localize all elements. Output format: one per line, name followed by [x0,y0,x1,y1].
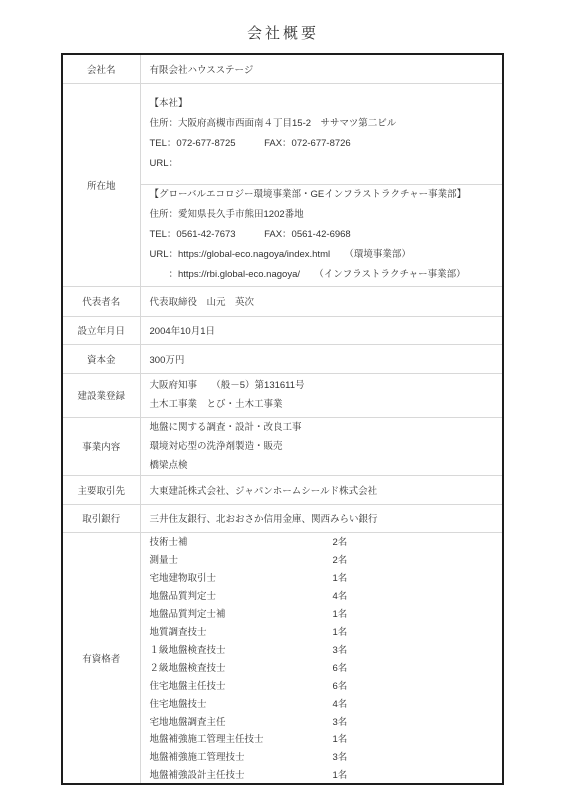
qualification-row: 地盤品質判定士補 1名 [150,604,503,622]
qualification-count: 3名 [333,642,348,656]
qualification-count: 1名 [333,624,348,638]
qualification-count: 6名 [333,678,348,692]
company-name-value: 有限会社ハウスステージ [140,54,503,83]
representative-value: 代表取締役 山元 英次 [140,286,503,316]
capital-label: 資本金 [62,344,140,373]
construction-registration-label: 建設業登録 [62,373,140,417]
qualification-name: 地盤補強施工管理主任技士 [150,731,333,745]
page-title: 会社概要 [0,22,566,43]
registration-number-line: 大阪府知事 （般－5）第131611号 [150,376,503,395]
company-overview-page: 会社概要 会社名 有限会社ハウスステージ 所在地 【本社】 住所：大阪府高槻市西… [0,0,566,800]
qualification-row: 地質調査技士 1名 [150,622,503,640]
qualification-count: 4名 [333,588,348,602]
main-clients-label: 主要取引先 [62,475,140,504]
banks-label: 取引銀行 [62,504,140,532]
head-office-url: URL： [150,154,503,174]
qualified-persons-label: 有資格者 [62,532,140,784]
company-name-label: 会社名 [62,54,140,83]
representative-label: 代表者名 [62,286,140,316]
qualification-count: 1名 [333,731,348,745]
business-line-detergent: 環境対応型の洗浄剤製造・販売 [150,437,503,456]
main-clients-value: 大東建託株式会社、ジャパンホームシールド株式会社 [140,475,503,504]
construction-registration-cell: 大阪府知事 （般－5）第131611号 土木工事業 とび・土木工事業 [140,373,503,417]
table-row-construction-registration: 建設業登録 大阪府知事 （般－5）第131611号 土木工事業 とび・土木工事業 [62,373,503,417]
qualification-count: 1名 [333,606,348,620]
business-cell: 地盤に関する調査・設計・改良工事 環境対応型の洗浄剤製造・販売 橋梁点検 [140,417,503,475]
established-value: 2004年10月1日 [140,316,503,344]
head-office-tel-fax: TEL：072-677-8725 FAX：072-677-8726 [150,134,503,154]
ge-division-tel-fax: TEL：0561-42-7673 FAX：0561-42-6968 [150,225,503,245]
table-row-location-head-office: 所在地 【本社】 住所：大阪府高槻市西面南４丁目15-2 ササマツ第二ビル TE… [62,83,503,184]
qualification-row: ２級地盤検査技士 6名 [150,658,503,676]
qualification-count: 1名 [333,767,348,781]
qualification-count: 2名 [333,534,348,548]
business-line-bridge: 橋梁点検 [150,456,503,475]
qualification-row: 住宅地盤主任技士 6名 [150,676,503,694]
qualification-name: 宅地地盤調査主任 [150,714,333,728]
table-row-qualified-persons: 有資格者 技術士補 2名 測量士 2名 宅地建物取引士 1名 [62,532,503,784]
qualification-row: １級地盤検査技士 3名 [150,640,503,658]
qualification-count: 6名 [333,660,348,674]
qualification-row: 住宅地盤技士 4名 [150,694,503,712]
qualification-name: 住宅地盤主任技士 [150,678,333,692]
business-label: 事業内容 [62,417,140,475]
qualification-count: 2名 [333,552,348,566]
table-row-company-name: 会社名 有限会社ハウスステージ [62,54,503,83]
location-label: 所在地 [62,83,140,286]
table-row-representative: 代表者名 代表取締役 山元 英次 [62,286,503,316]
banks-value: 三井住友銀行、北おおさか信用金庫、関西みらい銀行 [140,504,503,532]
ge-division-url-env: URL：https://global-eco.nagoya/index.html… [150,245,503,265]
qualification-row: 地盤補強施工管理技士 3名 [150,747,503,765]
qualification-count: 3名 [333,714,348,728]
qualification-name: 住宅地盤技士 [150,696,333,710]
location-ge-division-cell: 【グローバルエコロジー環境事業部・GEインフラストラクチャー事業部】 住所：愛知… [140,184,503,286]
qualification-name: 地盤補強設計主任技士 [150,767,333,781]
capital-value: 300万円 [140,344,503,373]
qualification-name: 地盤品質判定士 [150,588,333,602]
business-line-survey: 地盤に関する調査・設計・改良工事 [150,418,503,437]
qualification-name: 技術士補 [150,534,333,548]
qualification-name: １級地盤検査技士 [150,642,333,656]
qualification-name: ２級地盤検査技士 [150,660,333,674]
qualification-name: 測量士 [150,552,333,566]
ge-division-heading: 【グローバルエコロジー環境事業部・GEインフラストラクチャー事業部】 [150,185,503,205]
qualification-name: 宅地建物取引士 [150,570,333,584]
qualified-persons-cell: 技術士補 2名 測量士 2名 宅地建物取引士 1名 地盤品質判定士 4名 [140,532,503,784]
qualification-name: 地盤補強施工管理技士 [150,749,333,763]
established-label: 設立年月日 [62,316,140,344]
qualification-row: 宅地建物取引士 1名 [150,568,503,586]
qualification-count: 4名 [333,696,348,710]
qualification-count: 1名 [333,570,348,584]
head-office-heading: 【本社】 [150,94,503,114]
qualification-name: 地質調査技士 [150,624,333,638]
head-office-address: 住所：大阪府高槻市西面南４丁目15-2 ササマツ第二ビル [150,114,503,134]
table-row-business: 事業内容 地盤に関する調査・設計・改良工事 環境対応型の洗浄剤製造・販売 橋梁点… [62,417,503,475]
table-row-main-clients: 主要取引先 大東建託株式会社、ジャパンホームシールド株式会社 [62,475,503,504]
qualification-row: 地盤補強施工管理主任技士 1名 [150,729,503,747]
company-overview-table: 会社名 有限会社ハウスステージ 所在地 【本社】 住所：大阪府高槻市西面南４丁目… [61,53,504,785]
registration-trades-line: 土木工事業 とび・土木工事業 [150,395,503,414]
table-row-established: 設立年月日 2004年10月1日 [62,316,503,344]
qualification-row: 技術士補 2名 [150,533,503,551]
ge-division-url-infra: ：https://rbi.global-eco.nagoya/ （インフラストラ… [150,265,503,285]
qualification-row: 測量士 2名 [150,550,503,568]
qualification-name: 地盤品質判定士補 [150,606,333,620]
table-row-capital: 資本金 300万円 [62,344,503,373]
table-row-banks: 取引銀行 三井住友銀行、北おおさか信用金庫、関西みらい銀行 [62,504,503,532]
location-head-office-cell: 【本社】 住所：大阪府高槻市西面南４丁目15-2 ササマツ第二ビル TEL：07… [140,83,503,184]
ge-division-address: 住所：愛知県長久手市熊田1202番地 [150,205,503,225]
qualification-row: 地盤補強設計主任技士 1名 [150,765,503,783]
qualification-row: 地盤品質判定士 4名 [150,586,503,604]
qualification-count: 3名 [333,749,348,763]
qualification-row: 宅地地盤調査主任 3名 [150,712,503,730]
